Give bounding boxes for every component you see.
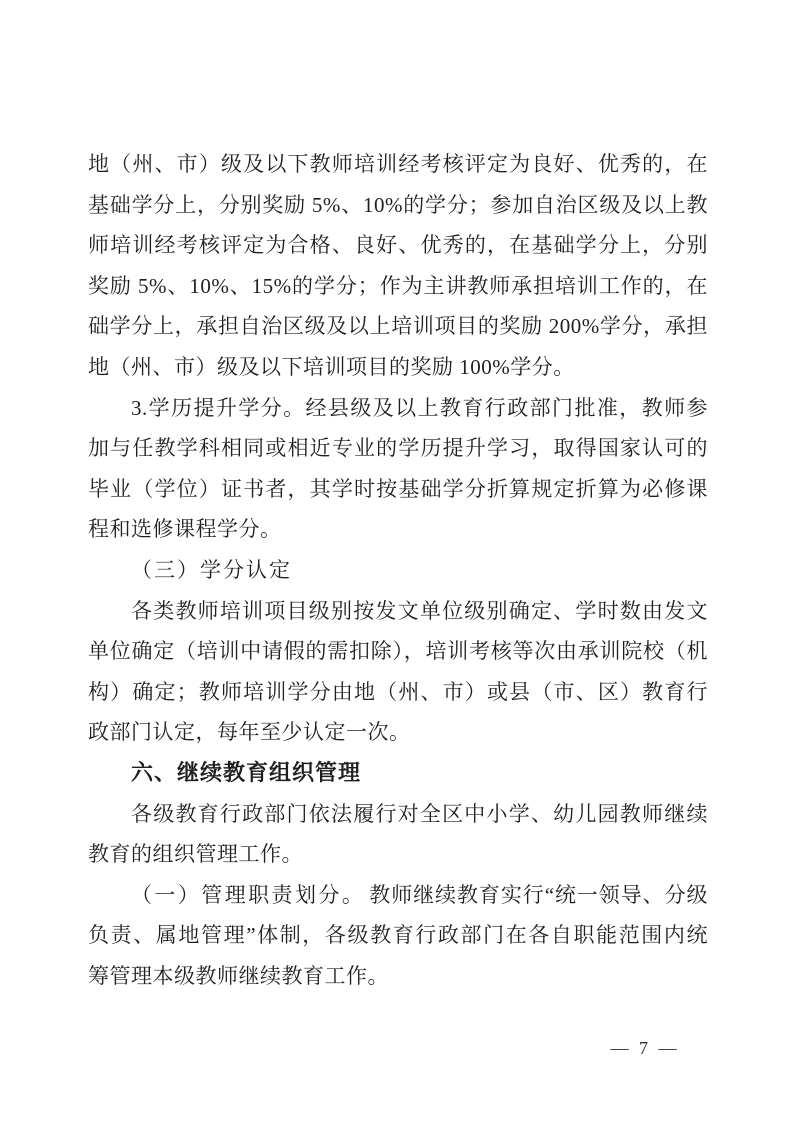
text-line: 六、继续教育组织管理 <box>88 753 708 794</box>
text-line: 加与任教学科相同或相近专业的学历提升学习，取得国家认可的 <box>88 428 708 469</box>
paragraph-lead: （一）管理职责划分。 <box>131 883 365 907</box>
text-line: 教育的组织管理工作。 <box>88 834 708 875</box>
document-page: 地（州、市）级及以下教师培训经考核评定为良好、优秀的，在基础学分上，分别奖励 5… <box>0 0 793 1122</box>
heading-section-six: 六、继续教育组织管理 <box>88 753 708 794</box>
text-line: 地（州、市）级及以下教师培训经考核评定为良好、优秀的，在 <box>88 144 708 185</box>
text-line: 各类教师培训项目级别按发文单位级别确定、学时数由发文 <box>88 591 708 632</box>
text-line: 程和选修课程学分。 <box>88 509 708 550</box>
para-degree-upgrade-credits: 3.学历提升学分。经县级及以上教育行政部门批准，教师参加与任教学科相同或相近专业… <box>88 388 708 550</box>
text-line: 构）确定；教师培训学分由地（州、市）或县（市、区）教育行 <box>88 672 708 713</box>
text-line: 奖励 5%、10%、15%的学分；作为主讲教师承担培训工作的，在基 <box>88 266 708 307</box>
text-line: 负责、属地管理”体制，各级教育行政部门在各自职能范围内统 <box>88 915 708 956</box>
text-line: 3.学历提升学分。经县级及以上教育行政部门批准，教师参 <box>88 388 708 429</box>
text-line: 毕业（学位）证书者，其学时按基础学分折算规定折算为必修课 <box>88 469 708 510</box>
text-line: （一）管理职责划分。教师继续教育实行“统一领导、分级 <box>88 875 708 916</box>
document-content: 地（州、市）级及以下教师培训经考核评定为良好、优秀的，在基础学分上，分别奖励 5… <box>88 144 708 996</box>
text-line: 师培训经考核评定为合格、良好、优秀的，在基础学分上，分别 <box>88 225 708 266</box>
text-line: 政部门认定，每年至少认定一次。 <box>88 712 708 753</box>
text-line: 各级教育行政部门依法履行对全区中小学、幼儿园教师继续 <box>88 794 708 835</box>
page-number: — 7 — <box>595 1038 695 1059</box>
text-line: 单位确定（培训中请假的需扣除），培训考核等次由承训院校（机 <box>88 631 708 672</box>
para-credit-recognition: 各类教师培训项目级别按发文单位级别确定、学时数由发文单位确定（培训中请假的需扣除… <box>88 591 708 753</box>
text-line: 础学分上，承担自治区级及以上培训项目的奖励 200%学分，承担 <box>88 306 708 347</box>
para-org-management-intro: 各级教育行政部门依法履行对全区中小学、幼儿园教师继续教育的组织管理工作。 <box>88 794 708 875</box>
text-line: （三）学分认定 <box>88 550 708 591</box>
para-training-reward-continuation: 地（州、市）级及以下教师培训经考核评定为良好、优秀的，在基础学分上，分别奖励 5… <box>88 144 708 388</box>
text-line: 基础学分上，分别奖励 5%、10%的学分；参加自治区级及以上教 <box>88 185 708 226</box>
text-line: 地（州、市）级及以下培训项目的奖励 100%学分。 <box>88 347 708 388</box>
text-line: 筹管理本级教师继续教育工作。 <box>88 956 708 997</box>
para-management-duty-division: （一）管理职责划分。教师继续教育实行“统一领导、分级负责、属地管理”体制，各级教… <box>88 875 708 997</box>
subheading-credit-recognition: （三）学分认定 <box>88 550 708 591</box>
